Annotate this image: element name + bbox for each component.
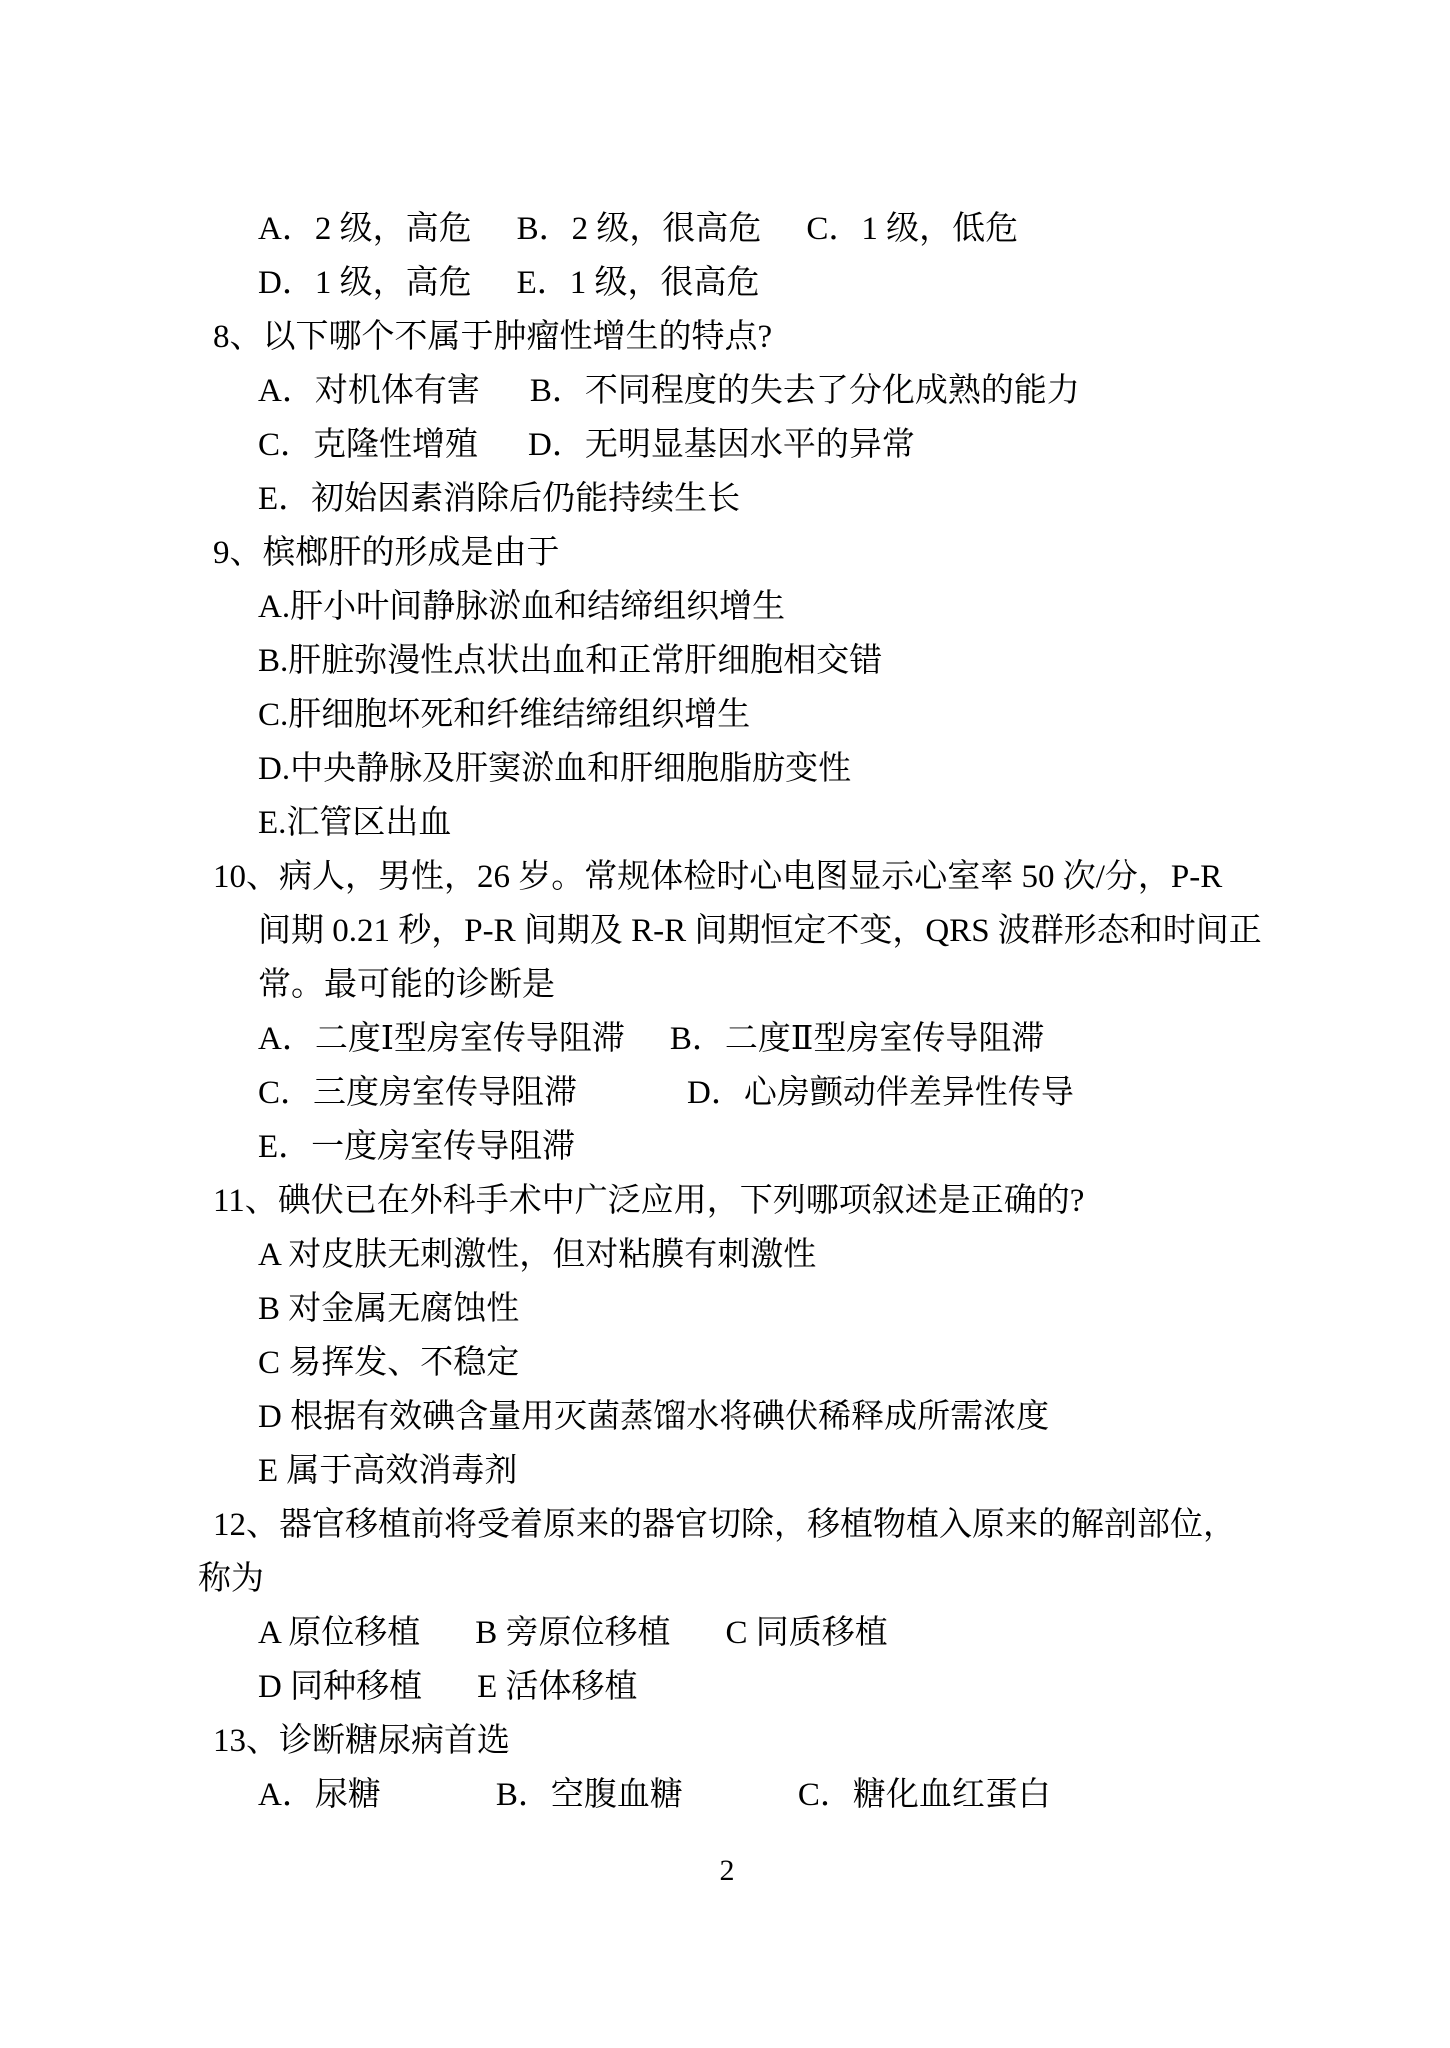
question-line: 8、以下哪个不属于肿瘤性增生的特点? [198, 310, 1278, 364]
option-item: B 对金属无腐蚀性 [258, 1282, 519, 1336]
question-number: 13、 [213, 1723, 279, 1759]
option-item: D．心房颤动伴差异性传导 [687, 1066, 1074, 1120]
option-text: 肝小叶间静脉淤血和结缔组织增生 [290, 589, 785, 625]
option-item: E 活体移植 [477, 1660, 637, 1714]
options-line: D 根据有效碘含量用灭菌蒸馏水将碘伏稀释成所需浓度 [198, 1390, 1278, 1444]
exam-paper-page: A．2 级，高危B．2 级，很高危C．1 级，低危D．1 级，高危E．1 级，很… [0, 0, 1450, 2048]
option-item: C.肝细胞坏死和纤维结缔组织增生 [258, 688, 750, 742]
option-label: D． [528, 427, 585, 463]
question-line: 10、病人，男性，26 岁。常规体检时心电图显示心室率 50 次/分，P-R [198, 850, 1278, 904]
option-item: E．一度房室传导阻滞 [258, 1120, 575, 1174]
option-text: 2 级，高危 [315, 211, 472, 247]
question-text: 器官移植前将受着原来的器官切除，移植物植入原来的解剖部位， [279, 1507, 1236, 1543]
option-text: 尿糖 [315, 1777, 381, 1813]
option-text: 不同程度的失去了分化成熟的能力 [585, 373, 1080, 409]
option-item: B.肝脏弥漫性点状出血和正常肝细胞相交错 [258, 634, 882, 688]
option-label: C． [806, 211, 861, 247]
option-item: D.中央静脉及肝窦淤血和肝细胞脂肪变性 [258, 742, 851, 796]
option-item: B 旁原位移植 [475, 1606, 670, 1660]
option-text: 根据有效碘含量用灭菌蒸馏水将碘伏稀释成所需浓度 [290, 1399, 1049, 1435]
option-label: B. [258, 643, 288, 679]
option-item: C．克隆性增殖 [258, 418, 478, 472]
options-line: E 属于高效消毒剂 [198, 1444, 1278, 1498]
options-line: A．对机体有害B．不同程度的失去了分化成熟的能力 [198, 364, 1278, 418]
option-item: E.汇管区出血 [258, 796, 451, 850]
option-text: 对皮肤无刺激性，但对粘膜有刺激性 [288, 1237, 816, 1273]
option-label: D． [687, 1075, 744, 1111]
options-line: D．1 级，高危E．1 级，很高危 [198, 256, 1278, 310]
option-text: 易挥发、不稳定 [288, 1345, 519, 1381]
option-text: 初始因素消除后仍能持续生长 [311, 481, 740, 517]
option-text: 原位移植 [288, 1615, 420, 1651]
question-line: 12、器官移植前将受着原来的器官切除，移植物植入原来的解剖部位， [198, 1498, 1278, 1552]
option-label: B． [496, 1777, 551, 1813]
option-label: B． [530, 373, 585, 409]
question-line: 11、碘伏已在外科手术中广泛应用，下列哪项叙述是正确的? [198, 1174, 1278, 1228]
option-label: C． [798, 1777, 853, 1813]
option-item: A．对机体有害 [258, 364, 480, 418]
options-line: A 对皮肤无刺激性，但对粘膜有刺激性 [198, 1228, 1278, 1282]
option-label: C． [258, 1075, 313, 1111]
option-text: 二度Ⅰ型房室传导阻滞 [315, 1021, 625, 1057]
continuation-line: 常。最可能的诊断是 [198, 958, 1278, 1012]
option-text: 1 级，低危 [861, 211, 1018, 247]
option-item: E．1 级，很高危 [517, 256, 760, 310]
option-item: A．尿糖 [258, 1768, 381, 1822]
question-text: 槟榔肝的形成是由于 [263, 535, 560, 571]
options-line: A.肝小叶间静脉淤血和结缔组织增生 [198, 580, 1278, 634]
option-label: D [258, 1669, 290, 1705]
option-text: 1 级，高危 [315, 265, 472, 301]
options-line: E．一度房室传导阻滞 [198, 1120, 1278, 1174]
option-label: A． [258, 211, 315, 247]
option-label: A． [258, 1021, 315, 1057]
options-line: A 原位移植B 旁原位移植C 同质移植 [198, 1606, 1278, 1660]
option-text: 2 级，很高危 [572, 211, 762, 247]
option-text: 空腹血糖 [551, 1777, 683, 1813]
continuation-text: 常。最可能的诊断是 [258, 967, 555, 1003]
question-line: 9、槟榔肝的形成是由于 [198, 526, 1278, 580]
options-line: E.汇管区出血 [198, 796, 1278, 850]
option-text: 同质移植 [756, 1615, 888, 1651]
question-text: 以下哪个不属于肿瘤性增生的特点? [263, 319, 773, 355]
option-text: 中央静脉及肝窦淤血和肝细胞脂肪变性 [290, 751, 851, 787]
option-text: 一度房室传导阻滞 [311, 1129, 575, 1165]
option-item: A 原位移植 [258, 1606, 420, 1660]
option-label: E [258, 1453, 286, 1489]
question-number: 9、 [213, 535, 263, 571]
option-text: 三度房室传导阻滞 [313, 1075, 577, 1111]
option-label: A [258, 1237, 288, 1273]
continuation-text: 间期 0.21 秒，P-R 间期及 R-R 间期恒定不变，QRS 波群形态和时间… [258, 913, 1262, 949]
option-text: 克隆性增殖 [313, 427, 478, 463]
option-label: E． [258, 481, 311, 517]
options-line: C．克隆性增殖D．无明显基因水平的异常 [198, 418, 1278, 472]
option-item: E 属于高效消毒剂 [258, 1444, 517, 1498]
option-text: 对金属无腐蚀性 [288, 1291, 519, 1327]
question-number: 12、 [213, 1507, 279, 1543]
option-item: A．2 级，高危 [258, 202, 472, 256]
continuation-line: 称为 [198, 1552, 1278, 1606]
option-label: A． [258, 1777, 315, 1813]
exam-content: A．2 级，高危B．2 级，很高危C．1 级，低危D．1 级，高危E．1 级，很… [198, 202, 1278, 1898]
option-label: E. [258, 805, 286, 841]
option-item: C 同质移植 [726, 1606, 888, 1660]
option-label: C． [258, 427, 313, 463]
options-line: A．二度Ⅰ型房室传导阻滞B．二度Ⅱ型房室传导阻滞 [198, 1012, 1278, 1066]
option-item: C．1 级，低危 [806, 202, 1018, 256]
option-item: D．无明显基因水平的异常 [528, 418, 915, 472]
option-text: 活体移植 [506, 1669, 638, 1705]
option-item: D．1 级，高危 [258, 256, 472, 310]
option-text: 糖化血红蛋白 [853, 1777, 1051, 1813]
option-text: 肝脏弥漫性点状出血和正常肝细胞相交错 [288, 643, 882, 679]
option-label: A． [258, 373, 315, 409]
options-line: E．初始因素消除后仍能持续生长 [198, 472, 1278, 526]
option-item: A．二度Ⅰ型房室传导阻滞 [258, 1012, 625, 1066]
options-line: C 易挥发、不稳定 [198, 1336, 1278, 1390]
option-label: E． [517, 265, 570, 301]
options-line: B.肝脏弥漫性点状出血和正常肝细胞相交错 [198, 634, 1278, 688]
options-line: B 对金属无腐蚀性 [198, 1282, 1278, 1336]
option-item: B．二度Ⅱ型房室传导阻滞 [670, 1012, 1044, 1066]
option-label: D [258, 1399, 290, 1435]
option-item: D 同种移植 [258, 1660, 422, 1714]
option-text: 同种移植 [290, 1669, 422, 1705]
option-item: C 易挥发、不稳定 [258, 1336, 519, 1390]
option-label: E． [258, 1129, 311, 1165]
option-label: B． [670, 1021, 725, 1057]
option-label: C [258, 1345, 288, 1381]
option-label: D. [258, 751, 290, 787]
options-line: A．2 级，高危B．2 级，很高危C．1 级，低危 [198, 202, 1278, 256]
option-item: C．三度房室传导阻滞 [258, 1066, 577, 1120]
question-text: 诊断糖尿病首选 [279, 1723, 510, 1759]
question-text: 碘伏已在外科手术中广泛应用，下列哪项叙述是正确的? [278, 1183, 1085, 1219]
options-line: A．尿糖B．空腹血糖C．糖化血红蛋白 [198, 1768, 1278, 1822]
option-label: C. [258, 697, 288, 733]
question-line: 13、诊断糖尿病首选 [198, 1714, 1278, 1768]
question-number: 8、 [213, 319, 263, 355]
option-item: B．2 级，很高危 [517, 202, 762, 256]
options-line: D 同种移植E 活体移植 [198, 1660, 1278, 1714]
option-text: 二度Ⅱ型房室传导阻滞 [725, 1021, 1044, 1057]
option-text: 属于高效消毒剂 [286, 1453, 517, 1489]
option-text: 旁原位移植 [506, 1615, 671, 1651]
option-item: D 根据有效碘含量用灭菌蒸馏水将碘伏稀释成所需浓度 [258, 1390, 1049, 1444]
option-text: 心房颤动伴差异性传导 [744, 1075, 1074, 1111]
option-text: 汇管区出血 [286, 805, 451, 841]
option-text: 无明显基因水平的异常 [585, 427, 915, 463]
option-text: 对机体有害 [315, 373, 480, 409]
option-label: B [475, 1615, 505, 1651]
option-label: B [258, 1291, 288, 1327]
page-number: 2 [198, 1844, 1256, 1898]
question-number: 10、 [213, 859, 279, 895]
option-text: 肝细胞坏死和纤维结缔组织增生 [288, 697, 750, 733]
option-item: A 对皮肤无刺激性，但对粘膜有刺激性 [258, 1228, 816, 1282]
continuation-line: 间期 0.21 秒，P-R 间期及 R-R 间期恒定不变，QRS 波群形态和时间… [198, 904, 1278, 958]
options-line: D.中央静脉及肝窦淤血和肝细胞脂肪变性 [198, 742, 1278, 796]
option-item: B．空腹血糖 [496, 1768, 683, 1822]
option-item: C．糖化血红蛋白 [798, 1768, 1051, 1822]
option-label: C [726, 1615, 756, 1651]
option-label: A [258, 1615, 288, 1651]
option-label: D． [258, 265, 315, 301]
question-text: 病人，男性，26 岁。常规体检时心电图显示心室率 50 次/分，P-R [279, 859, 1222, 895]
option-label: A. [258, 589, 290, 625]
option-item: E．初始因素消除后仍能持续生长 [258, 472, 740, 526]
options-line: C.肝细胞坏死和纤维结缔组织增生 [198, 688, 1278, 742]
options-line: C．三度房室传导阻滞D．心房颤动伴差异性传导 [198, 1066, 1278, 1120]
option-text: 1 级，很高危 [570, 265, 760, 301]
continuation-text: 称为 [198, 1561, 264, 1597]
option-label: B． [517, 211, 572, 247]
option-item: A.肝小叶间静脉淤血和结缔组织增生 [258, 580, 785, 634]
question-number: 11、 [213, 1183, 278, 1219]
option-label: E [477, 1669, 505, 1705]
option-item: B．不同程度的失去了分化成熟的能力 [530, 364, 1080, 418]
